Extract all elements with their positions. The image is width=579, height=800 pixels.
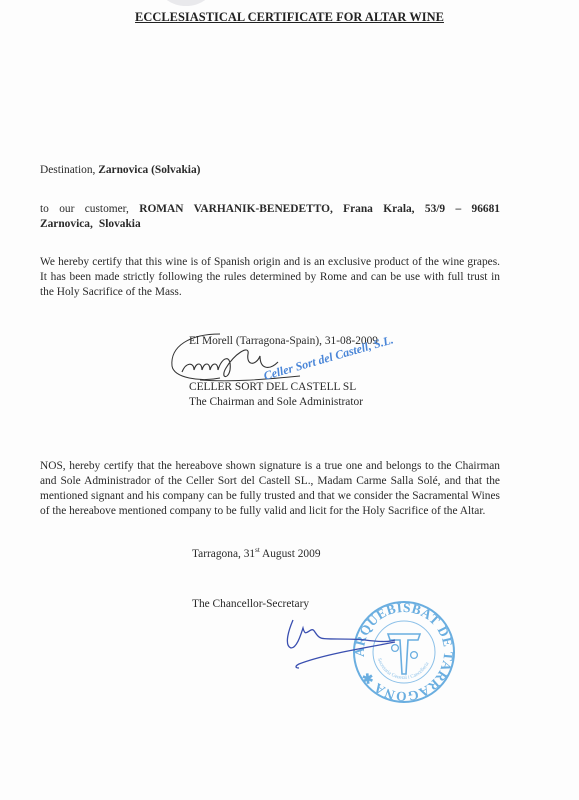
- destination-line: Destination, Zarnovica (Solvakia): [40, 163, 500, 178]
- chancellor-signature: [285, 612, 435, 672]
- company-stamp: Celler Sort del Castell, S.L.: [265, 336, 425, 386]
- producer-role: The Chairman and Sole Administrator: [189, 395, 363, 410]
- destination-value: Zarnovica (Solvakia): [98, 164, 200, 176]
- customer-prefix: to our customer,: [40, 203, 129, 215]
- chancellor-role: The Chancellor-Secretary: [192, 598, 309, 610]
- producer-company: CELLER SORT DEL CASTELL SL: [189, 380, 356, 395]
- attestation-paragraph: NOS, hereby certify that the hereabove s…: [40, 459, 500, 519]
- document-title: ECCLESIASTICAL CERTIFICATE FOR ALTAR WIN…: [0, 10, 579, 25]
- attestation-date-rest: August 2009: [260, 548, 321, 560]
- attestation-place: Tarragona, 31: [192, 548, 255, 560]
- customer-line: to our customer, ROMAN VARHANIK-BENEDETT…: [40, 202, 500, 232]
- watermark-logo: [158, 0, 214, 6]
- certification-paragraph: We hereby certify that this wine is of S…: [40, 255, 500, 300]
- attestation-date: Tarragona, 31st August 2009: [192, 546, 321, 560]
- company-stamp-text: Celler Sort del Castell, S.L.: [262, 332, 395, 382]
- destination-label: Destination,: [40, 164, 95, 176]
- certificate-page: ECCLESIASTICAL CERTIFICATE FOR ALTAR WIN…: [0, 0, 579, 800]
